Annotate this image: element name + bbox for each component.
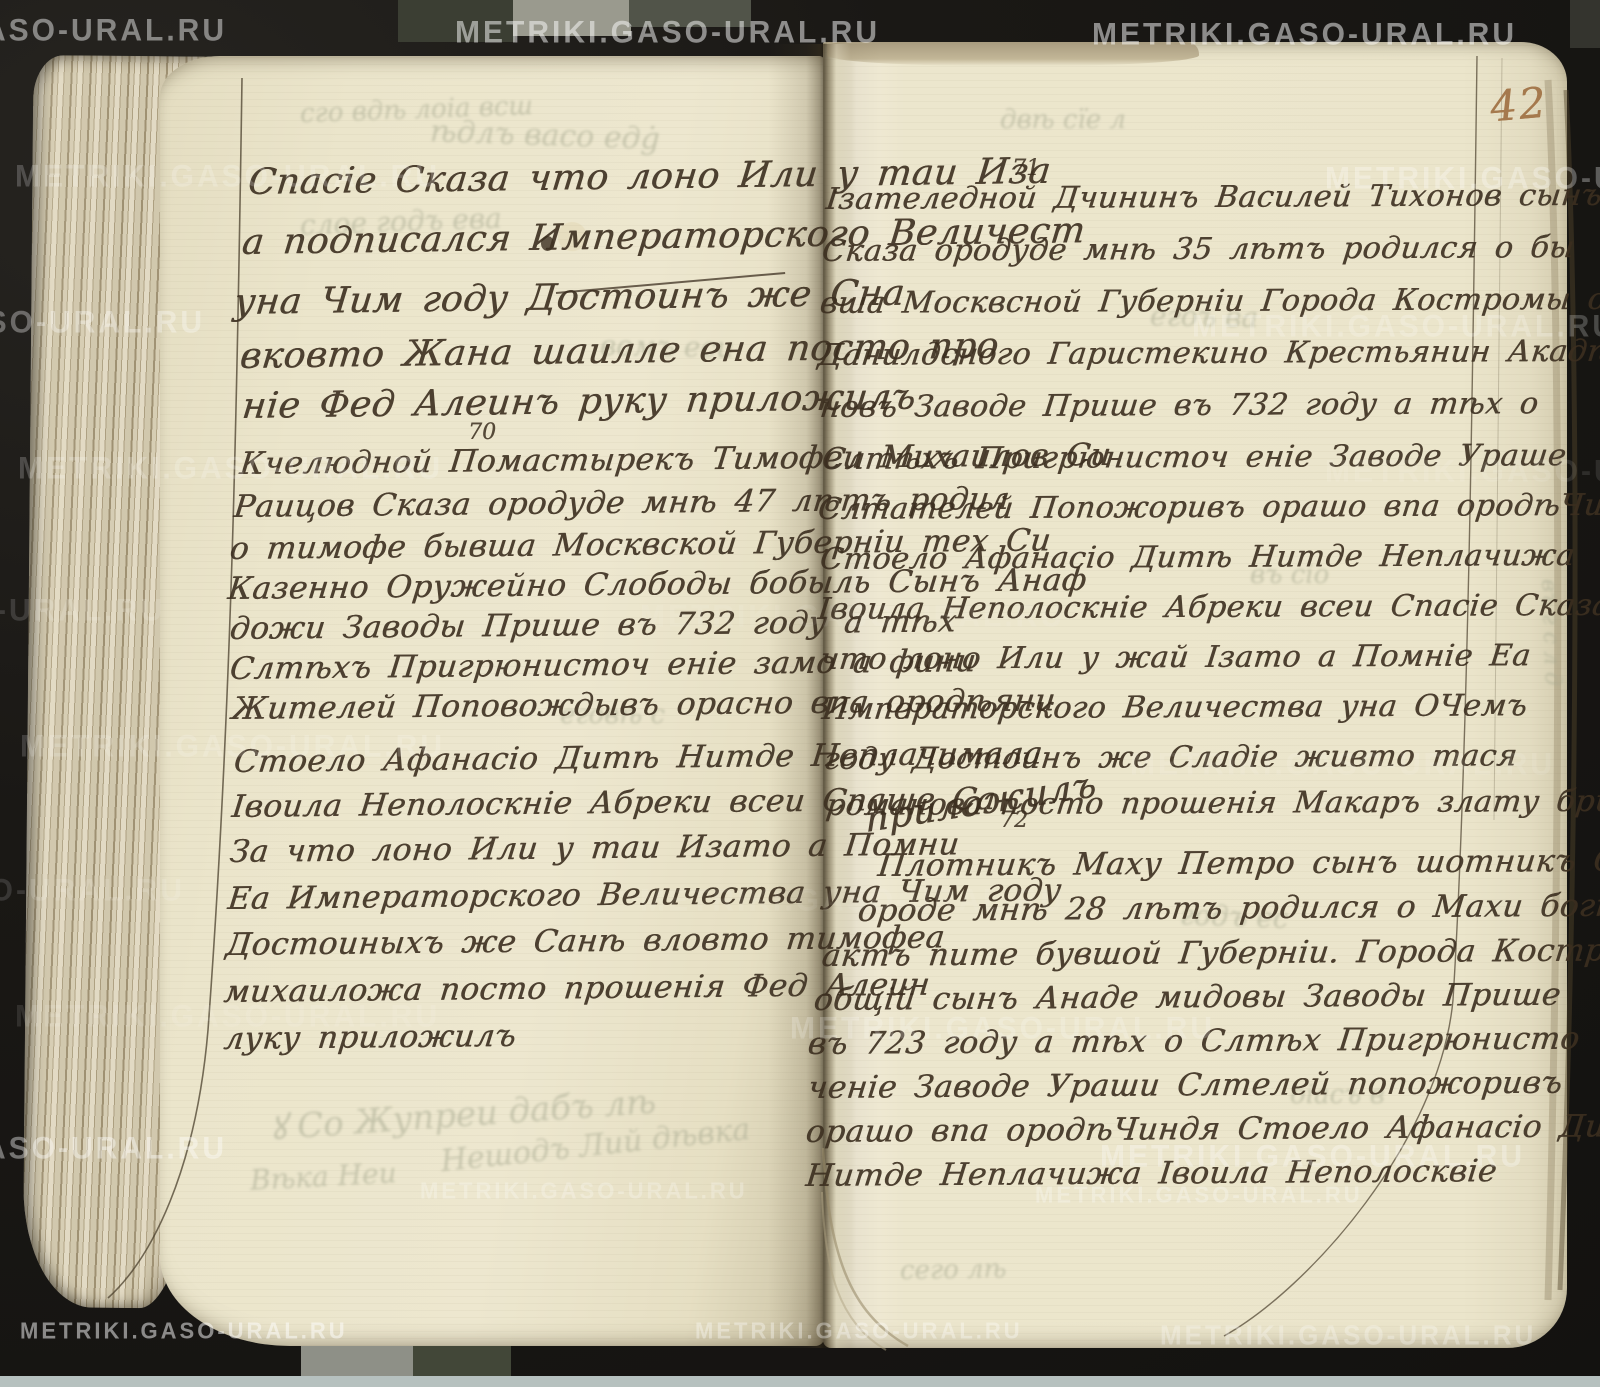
watermark-text: METRIKI.GASO-URAL.RU	[20, 729, 445, 765]
watermark-text: METRIKI.GASO-URAL.RU	[18, 451, 443, 487]
handwriting-line: Сказа ородуде мнѣ 35 лѣтъ родился о бы	[820, 230, 1576, 269]
handwriting-line: что лоно Или у жай Ізато а Помніе Еа	[818, 638, 1533, 677]
watermark-text: METRIKI.GASO-URAL.RU	[790, 1011, 1215, 1047]
handwriting-line: Стоело Афанасіо Дитѣ Нитде Неплачижа	[818, 538, 1577, 577]
watermark-text: METRIKI.GASO-URAL.RU	[455, 15, 880, 51]
watermark-text: METRIKI.GASO-URAL.RU	[640, 599, 1065, 635]
watermark-text: METRIKI.GASO-URAL.RU	[1035, 1181, 1363, 1209]
watermark-text: METRIKI.GASO-URAL.RU	[695, 1317, 1023, 1345]
watermark-text: METRIKI.GASO-URAL.RU	[1092, 17, 1517, 53]
watermark-text: METRIKI.GASO-URAL.RU	[0, 13, 227, 49]
watermark-text: METRIKI.GASO-URAL.RU	[1325, 161, 1600, 197]
watermark-text: METRIKI.GASO-URAL.RU	[20, 1317, 348, 1345]
record-number: 70	[468, 420, 496, 445]
watermark-text: METRIKI.GASO-URAL.RU	[15, 999, 440, 1035]
watermark-text: METRIKI.GASO-URAL.RU	[1160, 1319, 1536, 1352]
handwriting-line: Плотникъ Маху Петро сынъ шотникъ Сказалъ	[876, 842, 1600, 884]
handwriting-line: За что лоно Или у таи Изато а Помни	[228, 826, 961, 870]
handwriting-line: ченіе Заводе Ураши Слтелей попожоривъ	[806, 1065, 1564, 1106]
background-block-top-right	[1570, 0, 1600, 48]
watermark-text: METRIKI.GASO-URAL.RU	[0, 1131, 227, 1167]
record-number: 72	[1000, 808, 1028, 833]
watermark-text: METRIKI.GASO-URAL.RU	[640, 883, 1065, 919]
bleedthrough-text: двѣ сїе л	[1000, 105, 1126, 135]
watermark-text: METRIKI.GASO-URAL.RU	[0, 305, 205, 341]
manuscript-photo: сго вдѣ лоіа всшѣдлъ васо едġслое годъ е…	[0, 0, 1600, 1387]
watermark-text: METRIKI.GASO-URAL.RU	[1192, 309, 1600, 345]
watermark-text: METRIKI.GASO-URAL.RU	[0, 873, 185, 909]
ink-blot	[541, 236, 554, 251]
handwriting-line: новъ Заводе Прише въ 732 году а тѣх о	[818, 386, 1541, 425]
watermark-text: METRIKI.GASO-URAL.RU	[15, 159, 440, 195]
record-number: 71	[1012, 156, 1040, 181]
watermark-text: METRIKI.GASO-URAL.RU	[0, 593, 165, 629]
handwriting-line: актъ пите бувшой Губерніи. Города Костро…	[820, 932, 1600, 974]
page-number: 42	[1488, 78, 1550, 132]
watermark-text: METRIKI.GASO-URAL.RU	[1130, 747, 1555, 783]
watermark-text: METRIKI.GASO-URAL.RU	[420, 1177, 748, 1205]
handwriting-line: Императорского Величества уна ОЧемъ	[820, 688, 1529, 727]
handwriting-line: Слтателей Попожоривъ орашо впа ородѣЧинд…	[816, 488, 1600, 527]
watermark-text: METRIKI.GASO-URAL.RU	[1325, 454, 1600, 490]
scanner-bed-strip	[0, 1376, 1600, 1387]
bleedthrough-text: сего лѣ	[900, 1254, 1007, 1286]
watermark-text: METRIKI.GASO-URAL.RU	[1100, 1139, 1525, 1175]
